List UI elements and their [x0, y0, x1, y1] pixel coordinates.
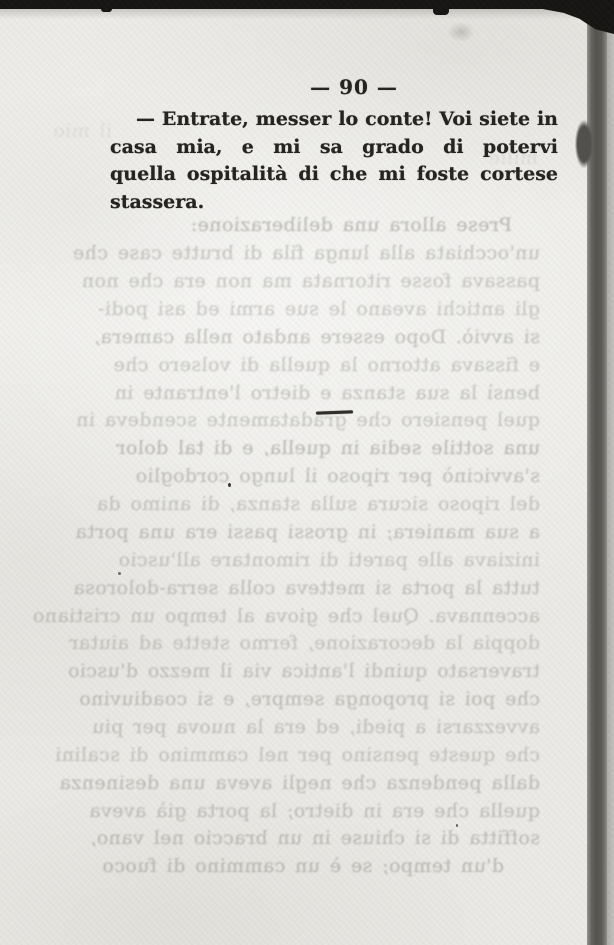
bleed-line: a sua maniera; in grossi passi era una p…	[78, 519, 540, 546]
scan-edge-top	[0, 0, 614, 9]
text-line: quella ospitalità di che mi foste cortes…	[110, 161, 558, 189]
bleed-line: si avviò. Dopo essere andato nella camer…	[78, 324, 540, 351]
bleed-line: che poi si proponga sempre, e si coadiuv…	[78, 686, 540, 713]
bleed-line: tutta la porta si metteva colla serra-do…	[78, 575, 540, 602]
bleed-line: e fissava attorno la quella di volsero c…	[78, 352, 540, 379]
bleed-line: avvezzarsi a piedi, ed era la nuova per …	[78, 714, 540, 741]
adjacent-page-edge	[607, 0, 614, 945]
bleed-line: dalla pendenza che negli aveva una desin…	[78, 770, 540, 797]
bleed-line: soffitta di si chiuse in un braccio nel …	[78, 825, 540, 852]
scan-edge-notch	[433, 9, 449, 15]
page-number: — 90 —	[110, 74, 558, 101]
bleed-line: s'avvicinò per riposo il lungo cordoglio	[78, 463, 540, 490]
bleed-line: bensì la sua stanza e dietro l'entrante …	[78, 380, 540, 407]
bleed-line: una sottile sedia in quella, e di tal do…	[78, 435, 540, 462]
scan-edge-notch	[101, 9, 112, 12]
bleed-line: iniziava alle pareti di rimontare all'us…	[78, 547, 540, 574]
bleed-line: del riposo sicura sulla stanza, di animo…	[78, 491, 540, 518]
bleed-line: accennava. Quel che giova al tempo un cr…	[78, 603, 540, 630]
text-line: casa mia, e mi sa grado di potervi rende…	[110, 134, 558, 162]
bleed-line: passava fosse ritornata ma non era che n…	[78, 268, 540, 295]
ink-speck	[456, 824, 458, 827]
bleed-line: quella che era in dietro; la porta già a…	[78, 798, 540, 825]
bleed-line: un'occhiata alla lunga fila di brutte ca…	[78, 240, 540, 267]
ink-speck	[118, 572, 121, 575]
text-line: stassera.	[110, 189, 558, 217]
bleed-line: traversato quindi l'antica via il mezzo …	[78, 658, 540, 685]
page-gutter-bump	[575, 120, 593, 168]
bleed-line: quel pensiero che gradatamente scendeva …	[78, 407, 540, 434]
bleed-line: doppia la decorazione, fermo stette ad a…	[78, 630, 540, 657]
bleed-line: che queste pensino per nel cammino di sc…	[78, 742, 540, 769]
scanned-book-page: il miomillePrese allora una deliberazion…	[0, 0, 614, 945]
bleed-line: d'un tempo; se è un cammino di fuoco	[42, 853, 540, 880]
bleed-line: Prese allora una deliberazione:	[50, 212, 540, 239]
body-paragraph: — Entrate, messer lo conte! Voi siete in…	[110, 106, 558, 216]
text-line: — Entrate, messer lo conte! Voi siete in	[110, 106, 558, 134]
bleed-line: gli antichi aveano le sue armi ed asi po…	[78, 296, 540, 323]
ink-speck	[228, 483, 231, 487]
